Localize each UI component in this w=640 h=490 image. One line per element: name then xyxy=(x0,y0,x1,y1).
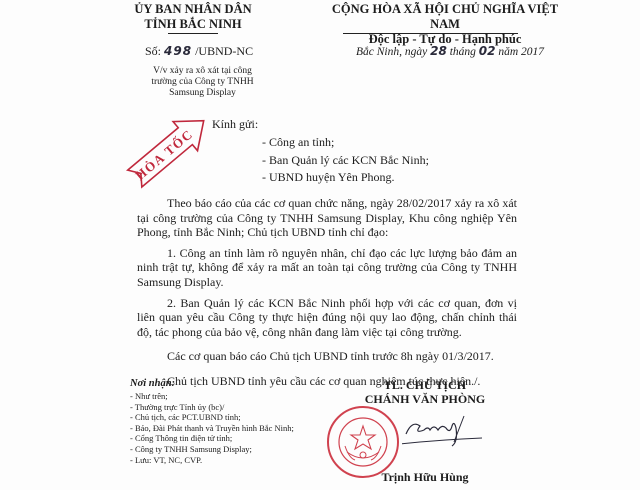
recipient-item: - Cổng Thông tin điện tử tỉnh; xyxy=(130,433,330,444)
signatory-title: TL. CHỦ TỊCH CHÁNH VĂN PHÒNG xyxy=(340,378,510,406)
doc-number-prefix: Số: xyxy=(145,44,161,58)
addressee-list: - Công an tỉnh; - Ban Quản lý các KCN Bắ… xyxy=(262,134,429,187)
issuing-authority-header: ỦY BAN NHÂN DÂN TỈNH BẮC NINH xyxy=(118,2,268,32)
directive-item-2: 2. Ban Quản lý các KCN Bắc Ninh phối hợp… xyxy=(137,296,517,340)
recipients-block: Nơi nhận: - Như trên; - Thường trực Tỉnh… xyxy=(130,378,330,465)
report-deadline: Các cơ quan báo cáo Chủ tịch UBND tỉnh t… xyxy=(137,349,517,364)
authority-line-2: TỈNH BẮC NINH xyxy=(118,17,268,32)
handwritten-signature-icon xyxy=(402,412,482,452)
addressee-label: Kính gửi: xyxy=(212,117,258,132)
directive-item-1: 1. Công an tỉnh làm rõ nguyên nhân, chỉ … xyxy=(137,246,517,290)
recipients-list: - Như trên; - Thường trực Tỉnh ủy (bc)/ … xyxy=(130,391,330,465)
date-year: năm 2017 xyxy=(498,46,544,58)
addressee-item: - Công an tỉnh; xyxy=(262,134,429,152)
body-intro: Theo báo cáo của các cơ quan chức năng, … xyxy=(137,196,517,240)
subject-line: V/v xảy ra xô xát tại công xyxy=(140,66,265,77)
addressee-item: - UBND huyện Yên Phong. xyxy=(262,169,429,187)
subject-line: trường của Công ty TNHH xyxy=(140,77,265,88)
recipient-item: - Chủ tịch, các PCT.UBND tỉnh; xyxy=(130,412,330,423)
recipient-item: - Công ty TNHH Samsung Display; xyxy=(130,444,330,455)
doc-number-suffix: /UBND-NC xyxy=(195,44,253,58)
document-date: Bắc Ninh, ngày 28 tháng 02 năm 2017 xyxy=(356,44,544,58)
document-number: Số: 498 /UBND-NC xyxy=(145,44,275,59)
authority-underline xyxy=(168,33,218,34)
motto-underline xyxy=(343,33,518,34)
signatory-name: Trịnh Hữu Hùng xyxy=(340,470,510,485)
date-day: 28 xyxy=(430,44,447,58)
recipient-item: - Như trên; xyxy=(130,391,330,402)
subject-line: Samsung Display xyxy=(140,88,265,99)
urgent-stamp-text: HỎA TỐC xyxy=(132,126,196,183)
official-document-page: ỦY BAN NHÂN DÂN TỈNH BẮC NINH CỘNG HÒA X… xyxy=(0,0,640,490)
national-title: CỘNG HÒA XÃ HỘI CHỦ NGHĨA VIỆT NAM xyxy=(325,2,565,32)
signatory-title-line-2: CHÁNH VĂN PHÒNG xyxy=(340,392,510,406)
recipient-item: - Lưu: VT, NC, CVP. xyxy=(130,455,330,466)
date-month: 02 xyxy=(479,44,496,58)
authority-line-1: ỦY BAN NHÂN DÂN xyxy=(118,2,268,17)
date-place: Bắc Ninh, ngày xyxy=(356,46,427,58)
document-subject: V/v xảy ra xô xát tại công trường của Cô… xyxy=(140,66,265,99)
urgent-stamp-icon: HỎA TỐC xyxy=(118,108,222,190)
recipient-item: - Báo, Đài Phát thanh và Truyền hình Bắc… xyxy=(130,423,330,434)
document-body: Theo báo cáo của các cơ quan chức năng, … xyxy=(137,196,517,395)
signatory-title-line-1: TL. CHỦ TỊCH xyxy=(340,378,510,392)
doc-number-handwritten: 498 xyxy=(164,44,192,58)
national-motto-header: CỘNG HÒA XÃ HỘI CHỦ NGHĨA VIỆT NAM Độc l… xyxy=(325,2,565,47)
recipients-title: Nơi nhận: xyxy=(130,378,330,389)
date-month-label: tháng xyxy=(450,46,476,58)
recipient-item: - Thường trực Tỉnh ủy (bc)/ xyxy=(130,402,330,413)
addressee-item: - Ban Quản lý các KCN Bắc Ninh; xyxy=(262,152,429,170)
